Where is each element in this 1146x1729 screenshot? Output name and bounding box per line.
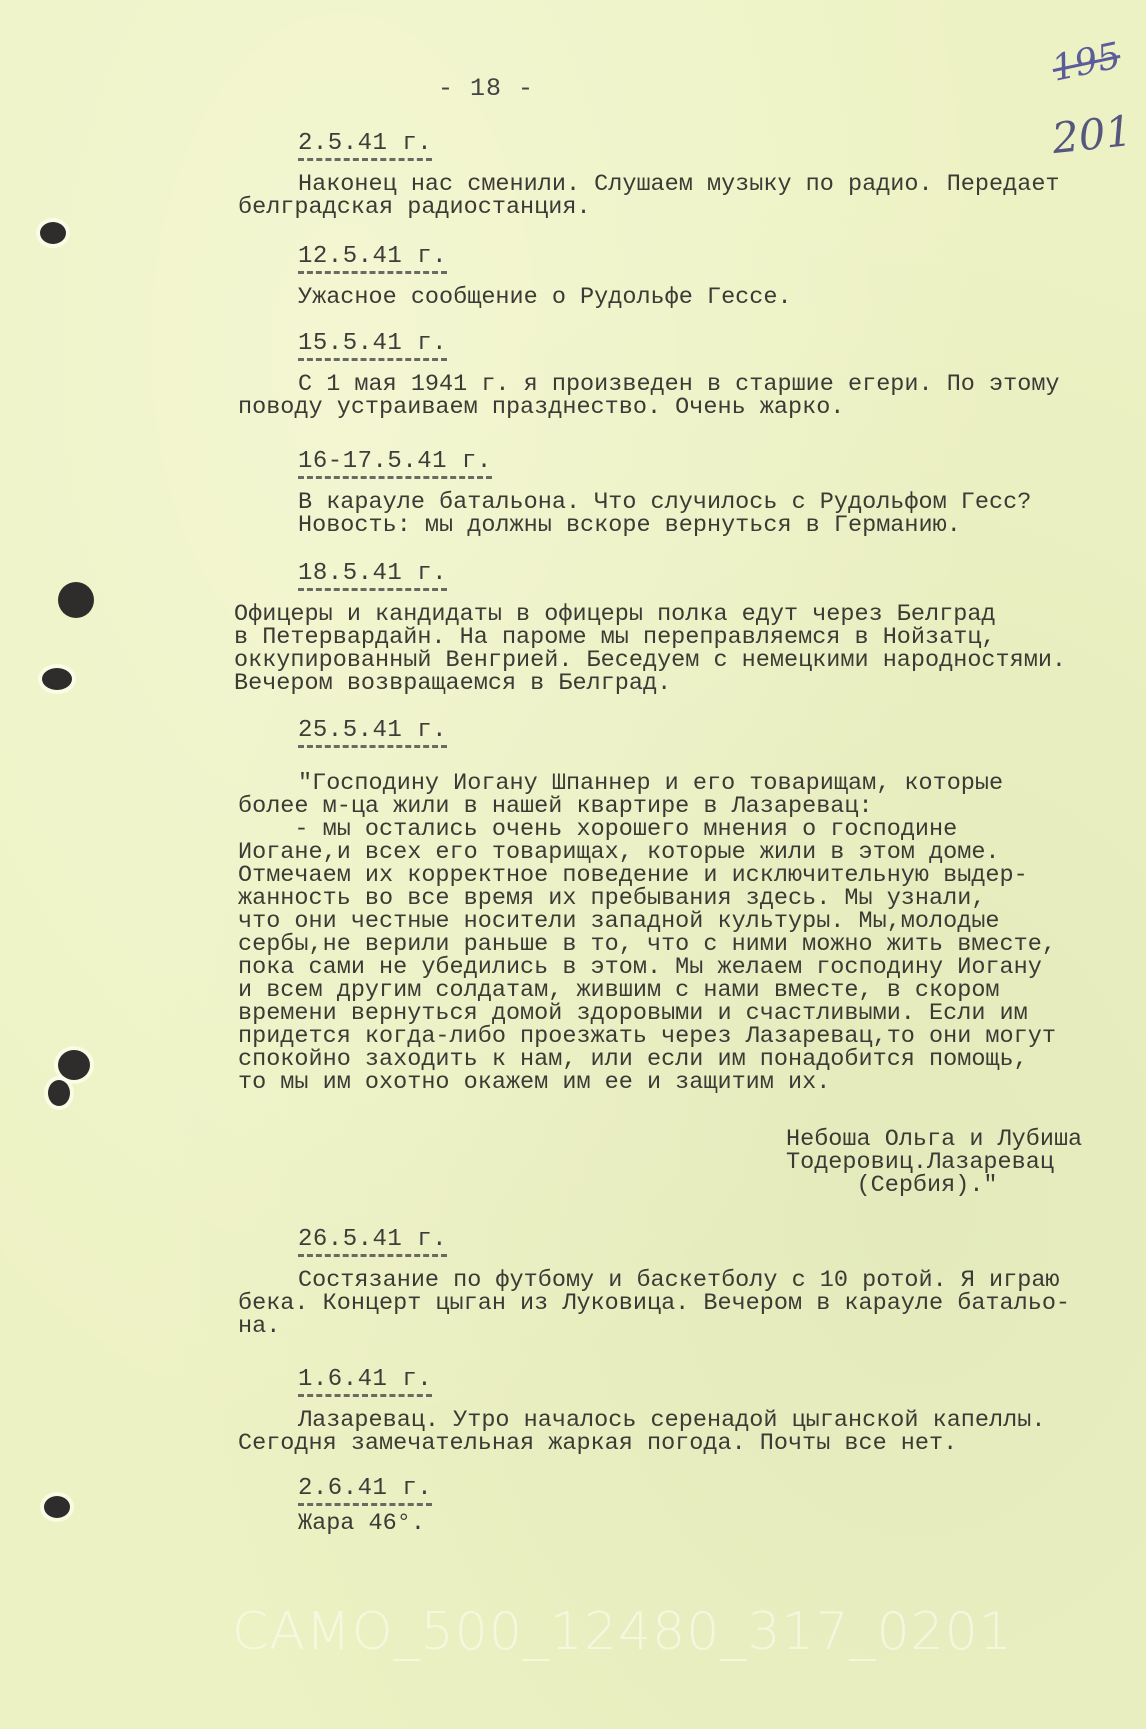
entry-text: Ужасное сообщение о Рудольфе Гессе.: [238, 286, 1138, 309]
diary-entry: 25.5.41 г. "Господину Иогану Шпаннер и е…: [238, 717, 1138, 1094]
entry-text: Жара 46°.: [238, 1512, 1138, 1535]
page-number: - 18 -: [438, 74, 534, 103]
binder-hole-icon: [58, 1050, 90, 1080]
diary-entry: 15.5.41 г. С 1 мая 1941 г. я произведен …: [238, 330, 1138, 419]
diary-entry: 2.6.41 г. Жара 46°.: [238, 1475, 1138, 1535]
binder-hole-icon: [48, 1080, 70, 1106]
entry-date: 2.6.41 г.: [298, 1475, 432, 1506]
letter-signature: Небоша Ольга и Лубиша Тодеровиц.Лазарева…: [786, 1128, 1082, 1197]
entry-text: Лазаревац. Утро началось серенадой цыган…: [238, 1409, 1138, 1455]
entry-date: 2.5.41 г.: [298, 130, 432, 161]
archive-watermark: CAMO_500_12480_317_0201: [232, 1602, 1013, 1662]
entry-text: Офицеры и кандидаты в офицеры полка едут…: [234, 603, 1138, 695]
diary-entry: 18.5.41 г. Офицеры и кандидаты в офицеры…: [238, 560, 1138, 695]
entry-text: С 1 мая 1941 г. я произведен в старшие е…: [238, 373, 1138, 419]
handwritten-archive-number-crossed: 195: [1048, 35, 1124, 89]
document-page: - 18 - 195 201 2.5.41 г. Наконец нас сме…: [0, 0, 1146, 1729]
entry-date: 12.5.41 г.: [298, 243, 447, 274]
entry-date: 15.5.41 г.: [298, 330, 447, 361]
entry-date: 1.6.41 г.: [298, 1366, 432, 1397]
binder-hole-icon: [40, 222, 66, 244]
entry-text: Состязание по футбому и баскетболу с 10 …: [238, 1269, 1138, 1338]
binder-hole-icon: [44, 1496, 70, 1518]
binder-hole-icon: [42, 668, 72, 690]
entry-date: 26.5.41 г.: [298, 1226, 447, 1257]
entry-date: 25.5.41 г.: [298, 717, 447, 748]
entry-quoted-letter: "Господину Иогану Шпаннер и его товарища…: [238, 772, 1138, 1094]
binder-hole-icon: [58, 582, 94, 618]
diary-entry: 12.5.41 г. Ужасное сообщение о Рудольфе …: [238, 243, 1138, 309]
diary-entry: 26.5.41 г. Состязание по футбому и баске…: [238, 1226, 1138, 1338]
diary-entry: 1.6.41 г. Лазаревац. Утро началось серен…: [238, 1366, 1138, 1455]
